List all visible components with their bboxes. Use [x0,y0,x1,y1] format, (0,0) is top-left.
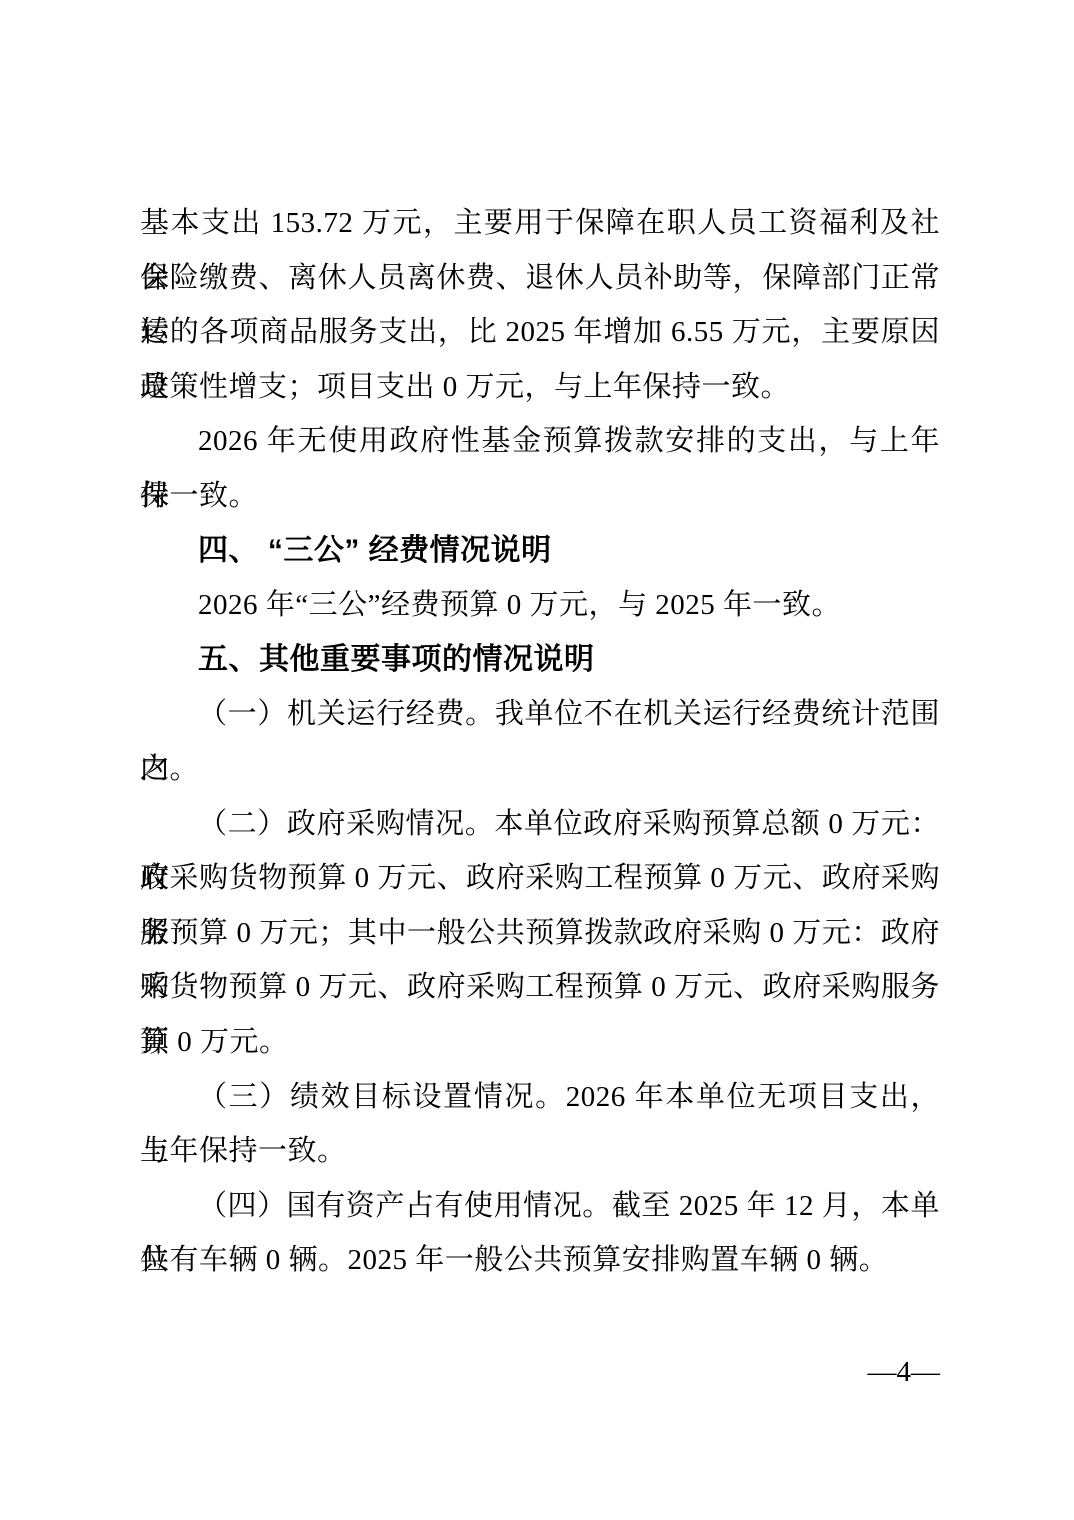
document-page: 基本支出 153.72 万元，主要用于保障在职人员工资福利及社会保险缴费、离休人… [0,0,1074,1520]
section-heading: 五、其他重要事项的情况说明 [140,633,940,688]
text-line: 2026 年“三公”经费预算 0 万元，与 2025 年一致。 [140,578,940,633]
document-body: 基本支出 153.72 万元，主要用于保障在职人员工资福利及社会保险缴费、离休人… [140,196,940,1288]
text-line: 政策性增支；项目支出 0 万元，与上年保持一致。 [140,360,940,415]
text-line: 算 0 万元。 [140,1015,940,1070]
text-line: 共有车辆 0 辆。2025 年一般公共预算安排购置车辆 0 辆。 [140,1233,940,1288]
text-line: （二）政府采购情况。本单位政府采购预算总额 0 万元：政 [140,797,940,852]
text-line: 内。 [140,742,940,797]
text-line: 府采购货物预算 0 万元、政府采购工程预算 0 万元、政府采购服 [140,851,940,906]
text-line: （四）国有资产占有使用情况。截至 2025 年 12 月，本单位 [140,1179,940,1234]
text-line: 保险缴费、离休人员离休费、退休人员补助等，保障部门正常运 [140,251,940,306]
text-line: 务预算 0 万元；其中一般公共预算拨款政府采购 0 万元：政府采 [140,906,940,961]
page-number: —4— [868,1345,941,1399]
text-line: 基本支出 153.72 万元，主要用于保障在职人员工资福利及社会 [140,196,940,251]
text-line: （三）绩效目标设置情况。2026 年本单位无项目支出，与 [140,1070,940,1125]
text-line: 转的各项商品服务支出，比 2025 年增加 6.55 万元，主要原因是 [140,305,940,360]
section-heading: 四、 “三公” 经费情况说明 [140,524,940,579]
text-line: 上年保持一致。 [140,1124,940,1179]
text-line: （一）机关运行经费。我单位不在机关运行经费统计范围之 [140,687,940,742]
text-line: 持一致。 [140,469,940,524]
text-line: 2026 年无使用政府性基金预算拨款安排的支出，与上年保 [140,414,940,469]
text-line: 购货物预算 0 万元、政府采购工程预算 0 万元、政府采购服务预 [140,960,940,1015]
